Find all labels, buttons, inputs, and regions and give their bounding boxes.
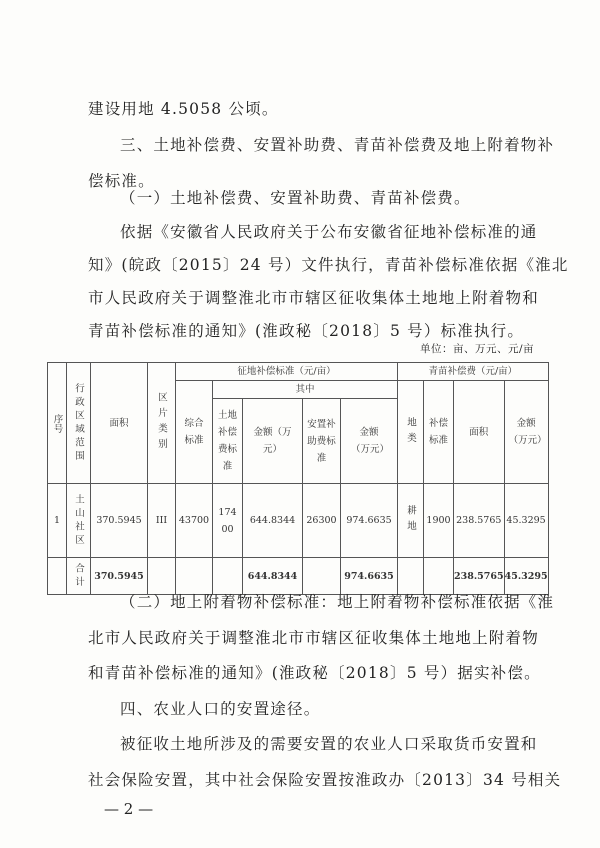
- para-6: 市人民政府关于调整淮北市市辖区征收集体土地地上附着物和: [88, 286, 539, 308]
- total-row: 合计 370.5945 644.8344 974.6635 238.5765 4…: [48, 558, 549, 595]
- cell-land-class: 耕地: [398, 484, 424, 558]
- para-1: 三、土地补偿费、安置补助费、青苗补偿费及地上附着物补: [120, 133, 554, 155]
- cell-amount2: 974.6635: [341, 484, 398, 558]
- header-seq: 序号: [48, 363, 67, 484]
- header-of-which: 其中: [213, 381, 398, 399]
- para-7: 青苗补偿标准的通知》(淮政秘〔2018〕5 号）标准执行。: [88, 319, 524, 341]
- cell-amount1: 644.8344: [243, 484, 303, 558]
- after-para-0: （二）地上附着物补偿标准：地上附着物补偿标准依据《淮: [120, 590, 554, 612]
- header-amount2: 金额（万元）: [341, 399, 398, 484]
- total-crop-area: 238.5765: [454, 558, 505, 595]
- total-area: 370.5945: [91, 558, 148, 595]
- total-amount3: 45.3295: [504, 558, 548, 595]
- cell-land-comp-std: 17400: [213, 484, 243, 558]
- header-zone-type: 区片类别: [148, 363, 176, 484]
- header-region: 行政区域范围: [67, 363, 91, 484]
- para-4: 依据《安徽省人民政府关于公布安徽省征地补偿标准的通: [120, 220, 538, 242]
- header-area: 面积: [91, 363, 148, 484]
- header-amount1: 金额（万元）: [243, 399, 303, 484]
- unit-label: 单位：亩、万元、元/亩: [420, 341, 534, 356]
- cell-comp-std: 1900: [424, 484, 454, 558]
- total-amount2: 974.6635: [341, 558, 398, 595]
- header-comp-std: 补偿标准: [424, 381, 454, 484]
- header-composite: 综合标准: [176, 381, 213, 484]
- cell-amount3: 45.3295: [504, 484, 548, 558]
- header-amount3: 金额（万元）: [504, 381, 548, 484]
- after-para-2: 和青苗补偿标准的通知》(淮政秘〔2018〕5 号）据实补偿。: [88, 661, 541, 683]
- para-3: （一）土地补偿费、安置补助费、青苗补偿费。: [120, 186, 471, 208]
- header-crop-group: 青苗补偿费（元/亩）: [398, 363, 549, 381]
- after-para-3: 四、农业人口的安置途径。: [120, 697, 320, 719]
- header-land-comp-std: 土地补偿费标准: [213, 399, 243, 484]
- cell-resettle-std: 26300: [303, 484, 341, 558]
- compensation-table: 序号 行政区域范围 面积 区片类别 征地补偿标准（元/亩） 青苗补偿费（元/亩）…: [47, 362, 549, 595]
- header-land-class: 地类: [398, 381, 424, 484]
- table-row: 1 土山社区 370.5945 III 43700 17400 644.8344…: [48, 484, 549, 558]
- para-0: 建设用地 4.5058 公顷。: [88, 97, 279, 119]
- cell-seq: 1: [48, 484, 67, 558]
- header-land-comp-group: 征地补偿标准（元/亩）: [176, 363, 398, 381]
- para-5: 知》(皖政〔2015〕24 号）文件执行，青苗补偿标准依据《淮北: [88, 253, 569, 275]
- cell-crop-area: 238.5765: [454, 484, 505, 558]
- header-resettle-std: 安置补助费标准: [303, 399, 341, 484]
- total-amount1: 644.8344: [243, 558, 303, 595]
- after-para-1: 北市人民政府关于调整淮北市市辖区征收集体土地地上附着物: [88, 626, 539, 648]
- after-para-4: 被征收土地所涉及的需要安置的农业人口采取货币安置和: [120, 732, 538, 754]
- page-number: — 2 —: [104, 800, 153, 818]
- cell-area: 370.5945: [91, 484, 148, 558]
- cell-zone-type: III: [148, 484, 176, 558]
- cell-region: 土山社区: [67, 484, 91, 558]
- cell-composite: 43700: [176, 484, 213, 558]
- total-label: 合计: [67, 558, 91, 595]
- header-crop-area: 面积: [454, 381, 505, 484]
- after-para-5: 社会保险安置，其中社会保险安置按淮政办〔2013〕34 号相关: [88, 768, 561, 790]
